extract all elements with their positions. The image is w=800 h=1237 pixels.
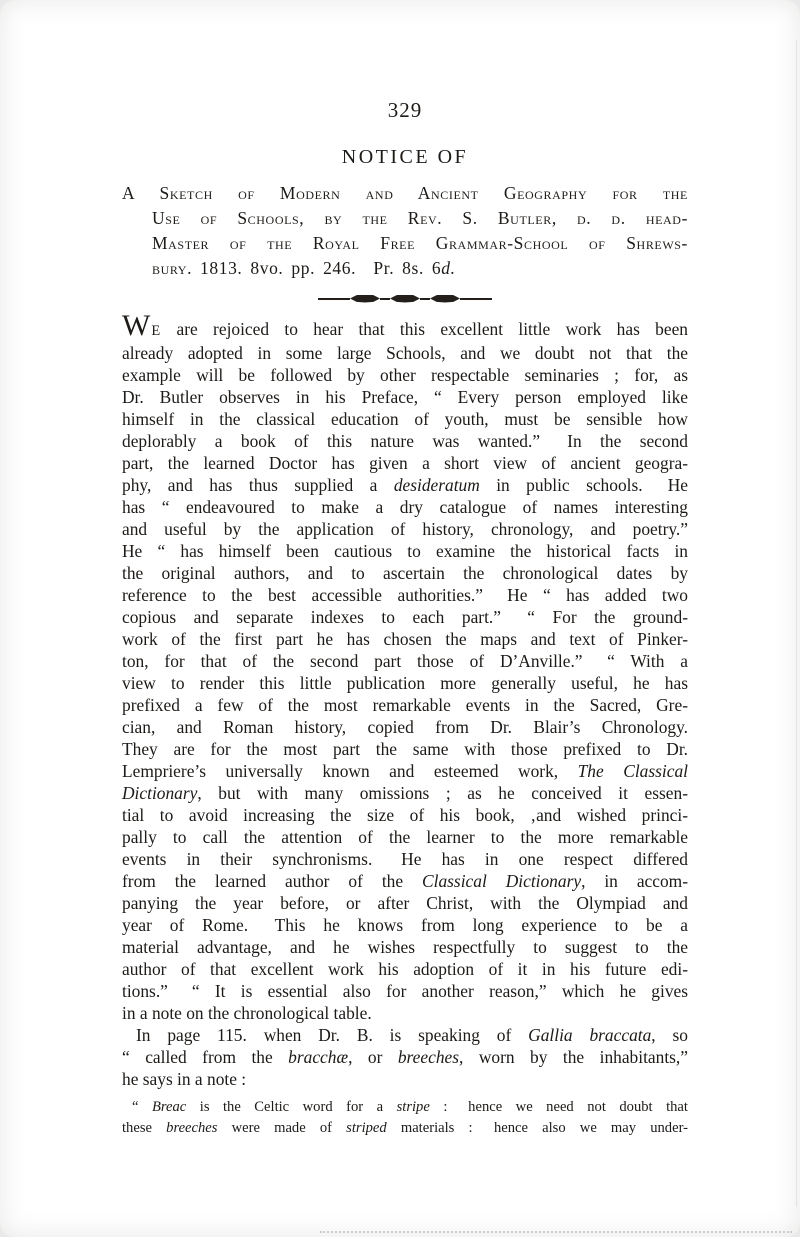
text-line: reference to the best accessible authori… bbox=[122, 584, 688, 606]
text-line: year of Rome. This he knows from long ex… bbox=[122, 914, 688, 936]
text-line: in a note on the chronological table. bbox=[122, 1002, 688, 1024]
text-line: In page 115. when Dr. B. is speaking of … bbox=[122, 1024, 688, 1046]
scanned-page: 329 NOTICE OF A Sketch of Modern and Anc… bbox=[0, 0, 800, 1237]
text-line: “ called from the bracchæ, or breeches, … bbox=[122, 1046, 688, 1068]
text-line: A Sketch of Modern and Ancient Geography… bbox=[122, 181, 688, 206]
text-line: ton, for that of the second part those o… bbox=[122, 650, 688, 672]
text-line: tions.” “ It is essential also for anoth… bbox=[122, 980, 688, 1002]
text-line: panying the year before, or after Christ… bbox=[122, 892, 688, 914]
footnote-paragraph: “ Breac is the Celtic word for a stripe … bbox=[122, 1097, 688, 1138]
diamond-icon bbox=[430, 295, 460, 303]
text-line: Use of Schools, by the Rev. S. Butler, d… bbox=[122, 206, 688, 231]
text-line: example will be followed by other respec… bbox=[122, 364, 688, 386]
scan-edge-right bbox=[796, 40, 797, 1207]
rule-line-mid bbox=[420, 298, 430, 300]
rule-line-mid bbox=[380, 298, 390, 300]
text-line: Dr. Butler observes in his Preface, “ Ev… bbox=[122, 386, 688, 408]
text-line: He “ has himself been cautious to examin… bbox=[122, 540, 688, 562]
rule-line-left bbox=[318, 298, 350, 300]
text-line: himself in the classical education of yo… bbox=[122, 408, 688, 430]
text-line: and useful by the application of history… bbox=[122, 518, 688, 540]
text-line: material advantage, and he wishes respec… bbox=[122, 936, 688, 958]
text-line: part, the learned Doctor has given a sho… bbox=[122, 452, 688, 474]
page-title: NOTICE OF bbox=[122, 146, 688, 169]
text-line: prefixed a few of the most remarkable ev… bbox=[122, 694, 688, 716]
text-line: deplorably a book of this nature was wan… bbox=[122, 430, 688, 452]
text-line: “ Breac is the Celtic word for a stripe … bbox=[122, 1097, 688, 1118]
text-line: Master of the Royal Free Grammar-School … bbox=[122, 231, 688, 256]
text-line: Lempriere’s universally known and esteem… bbox=[122, 760, 688, 782]
text-line: They are for the most part the same with… bbox=[122, 738, 688, 760]
text-line: he says in a note : bbox=[122, 1068, 688, 1090]
text-line: work of the first part he has chosen the… bbox=[122, 628, 688, 650]
drop-cap: W bbox=[122, 309, 151, 342]
text-line: from the learned author of the Classical… bbox=[122, 870, 688, 892]
scan-edge-artifact bbox=[320, 1231, 792, 1233]
ornament-divider bbox=[318, 294, 492, 303]
diamond-icon bbox=[350, 295, 380, 303]
text-line: pally to call the attention of the learn… bbox=[122, 826, 688, 848]
text-line: copious and separate indexes to each par… bbox=[122, 606, 688, 628]
text-line: events in their synchronisms. He has in … bbox=[122, 848, 688, 870]
text-line: bury. 1813. 8vo. pp. 246. Pr. 8s. 6d. bbox=[122, 256, 688, 281]
text-line: phy, and has thus supplied a desideratum… bbox=[122, 474, 688, 496]
diamond-icon bbox=[390, 295, 420, 303]
text-line: has “ endeavoured to make a dry catalogu… bbox=[122, 496, 688, 518]
text-line: the original authors, and to ascertain t… bbox=[122, 562, 688, 584]
body-text: WE are rejoiced to hear that this excell… bbox=[122, 311, 688, 1138]
text-line: view to render this little publication m… bbox=[122, 672, 688, 694]
body-paragraph: In page 115. when Dr. B. is speaking of … bbox=[122, 1024, 688, 1090]
text-line: author of that excellent work his adopti… bbox=[122, 958, 688, 980]
text-line: already adopted in some large Schools, a… bbox=[122, 342, 688, 364]
body-paragraph: WE are rejoiced to hear that this excell… bbox=[122, 311, 688, 1024]
rule-line-right bbox=[460, 298, 492, 300]
text-line: tial to avoid increasing the size of his… bbox=[122, 804, 688, 826]
text-column: 329 NOTICE OF A Sketch of Modern and Anc… bbox=[122, 0, 688, 1138]
text-line: these breeches were made of striped mate… bbox=[122, 1118, 688, 1139]
text-line: Dictionary, but with many omissions ; as… bbox=[122, 782, 688, 804]
text-line: cian, and Roman history, copied from Dr.… bbox=[122, 716, 688, 738]
lead-small-cap: E bbox=[151, 323, 161, 339]
text-line: WE are rejoiced to hear that this excell… bbox=[122, 311, 688, 342]
page-number: 329 bbox=[122, 98, 688, 123]
citation-block: A Sketch of Modern and Ancient Geography… bbox=[122, 181, 688, 281]
